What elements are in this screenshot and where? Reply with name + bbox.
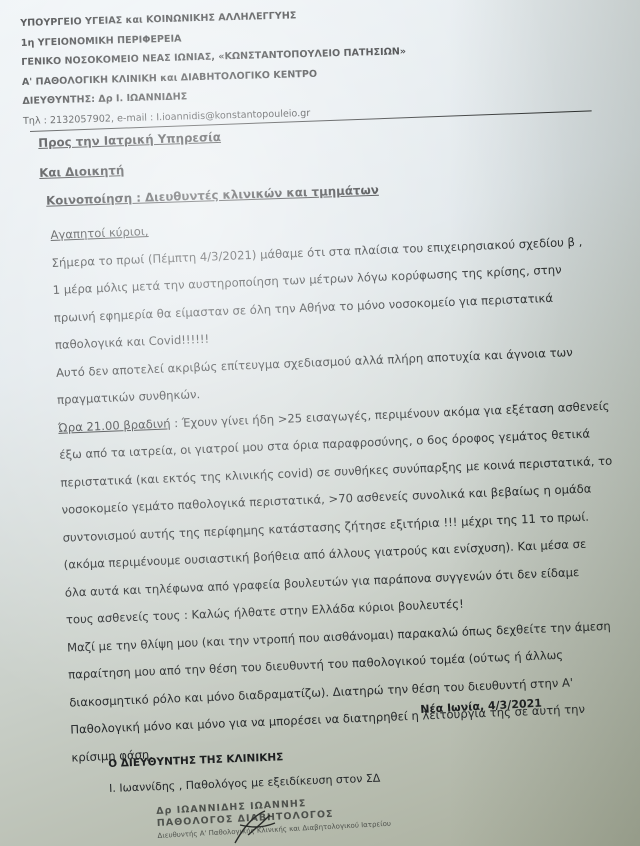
time-label: Ώρα 21.00 βραδινή xyxy=(58,416,171,434)
handwritten-signature-icon xyxy=(230,805,290,845)
carbon-copy: Κοινοποίηση : Διευθυντές κλινικών και τμ… xyxy=(46,183,379,208)
addressees: Προς την Ιατρική Υπηρεσία Και Διοικητή Κ… xyxy=(38,125,379,208)
letter-body: Αγαπητοί κύριοι, Σήμερα το πρωί (Πέμπτη … xyxy=(50,198,640,772)
addressee-administrator: Και Διοικητή xyxy=(39,155,378,180)
letter-document: ΥΠΟΥΡΓΕΙΟ ΥΓΕΙΑΣ και ΚΟΙΝΩΝΙΚΗΣ ΑΛΛΗΛΕΓΓ… xyxy=(0,0,640,846)
signature-name: Ι. Ιωαννίδης , Παθολόγος με εξειδίκευση … xyxy=(109,772,381,795)
letterhead: ΥΠΟΥΡΓΕΙΟ ΥΓΕΙΑΣ και ΚΟΙΝΩΝΙΚΗΣ ΑΛΛΗΛΕΓΓ… xyxy=(20,3,408,131)
